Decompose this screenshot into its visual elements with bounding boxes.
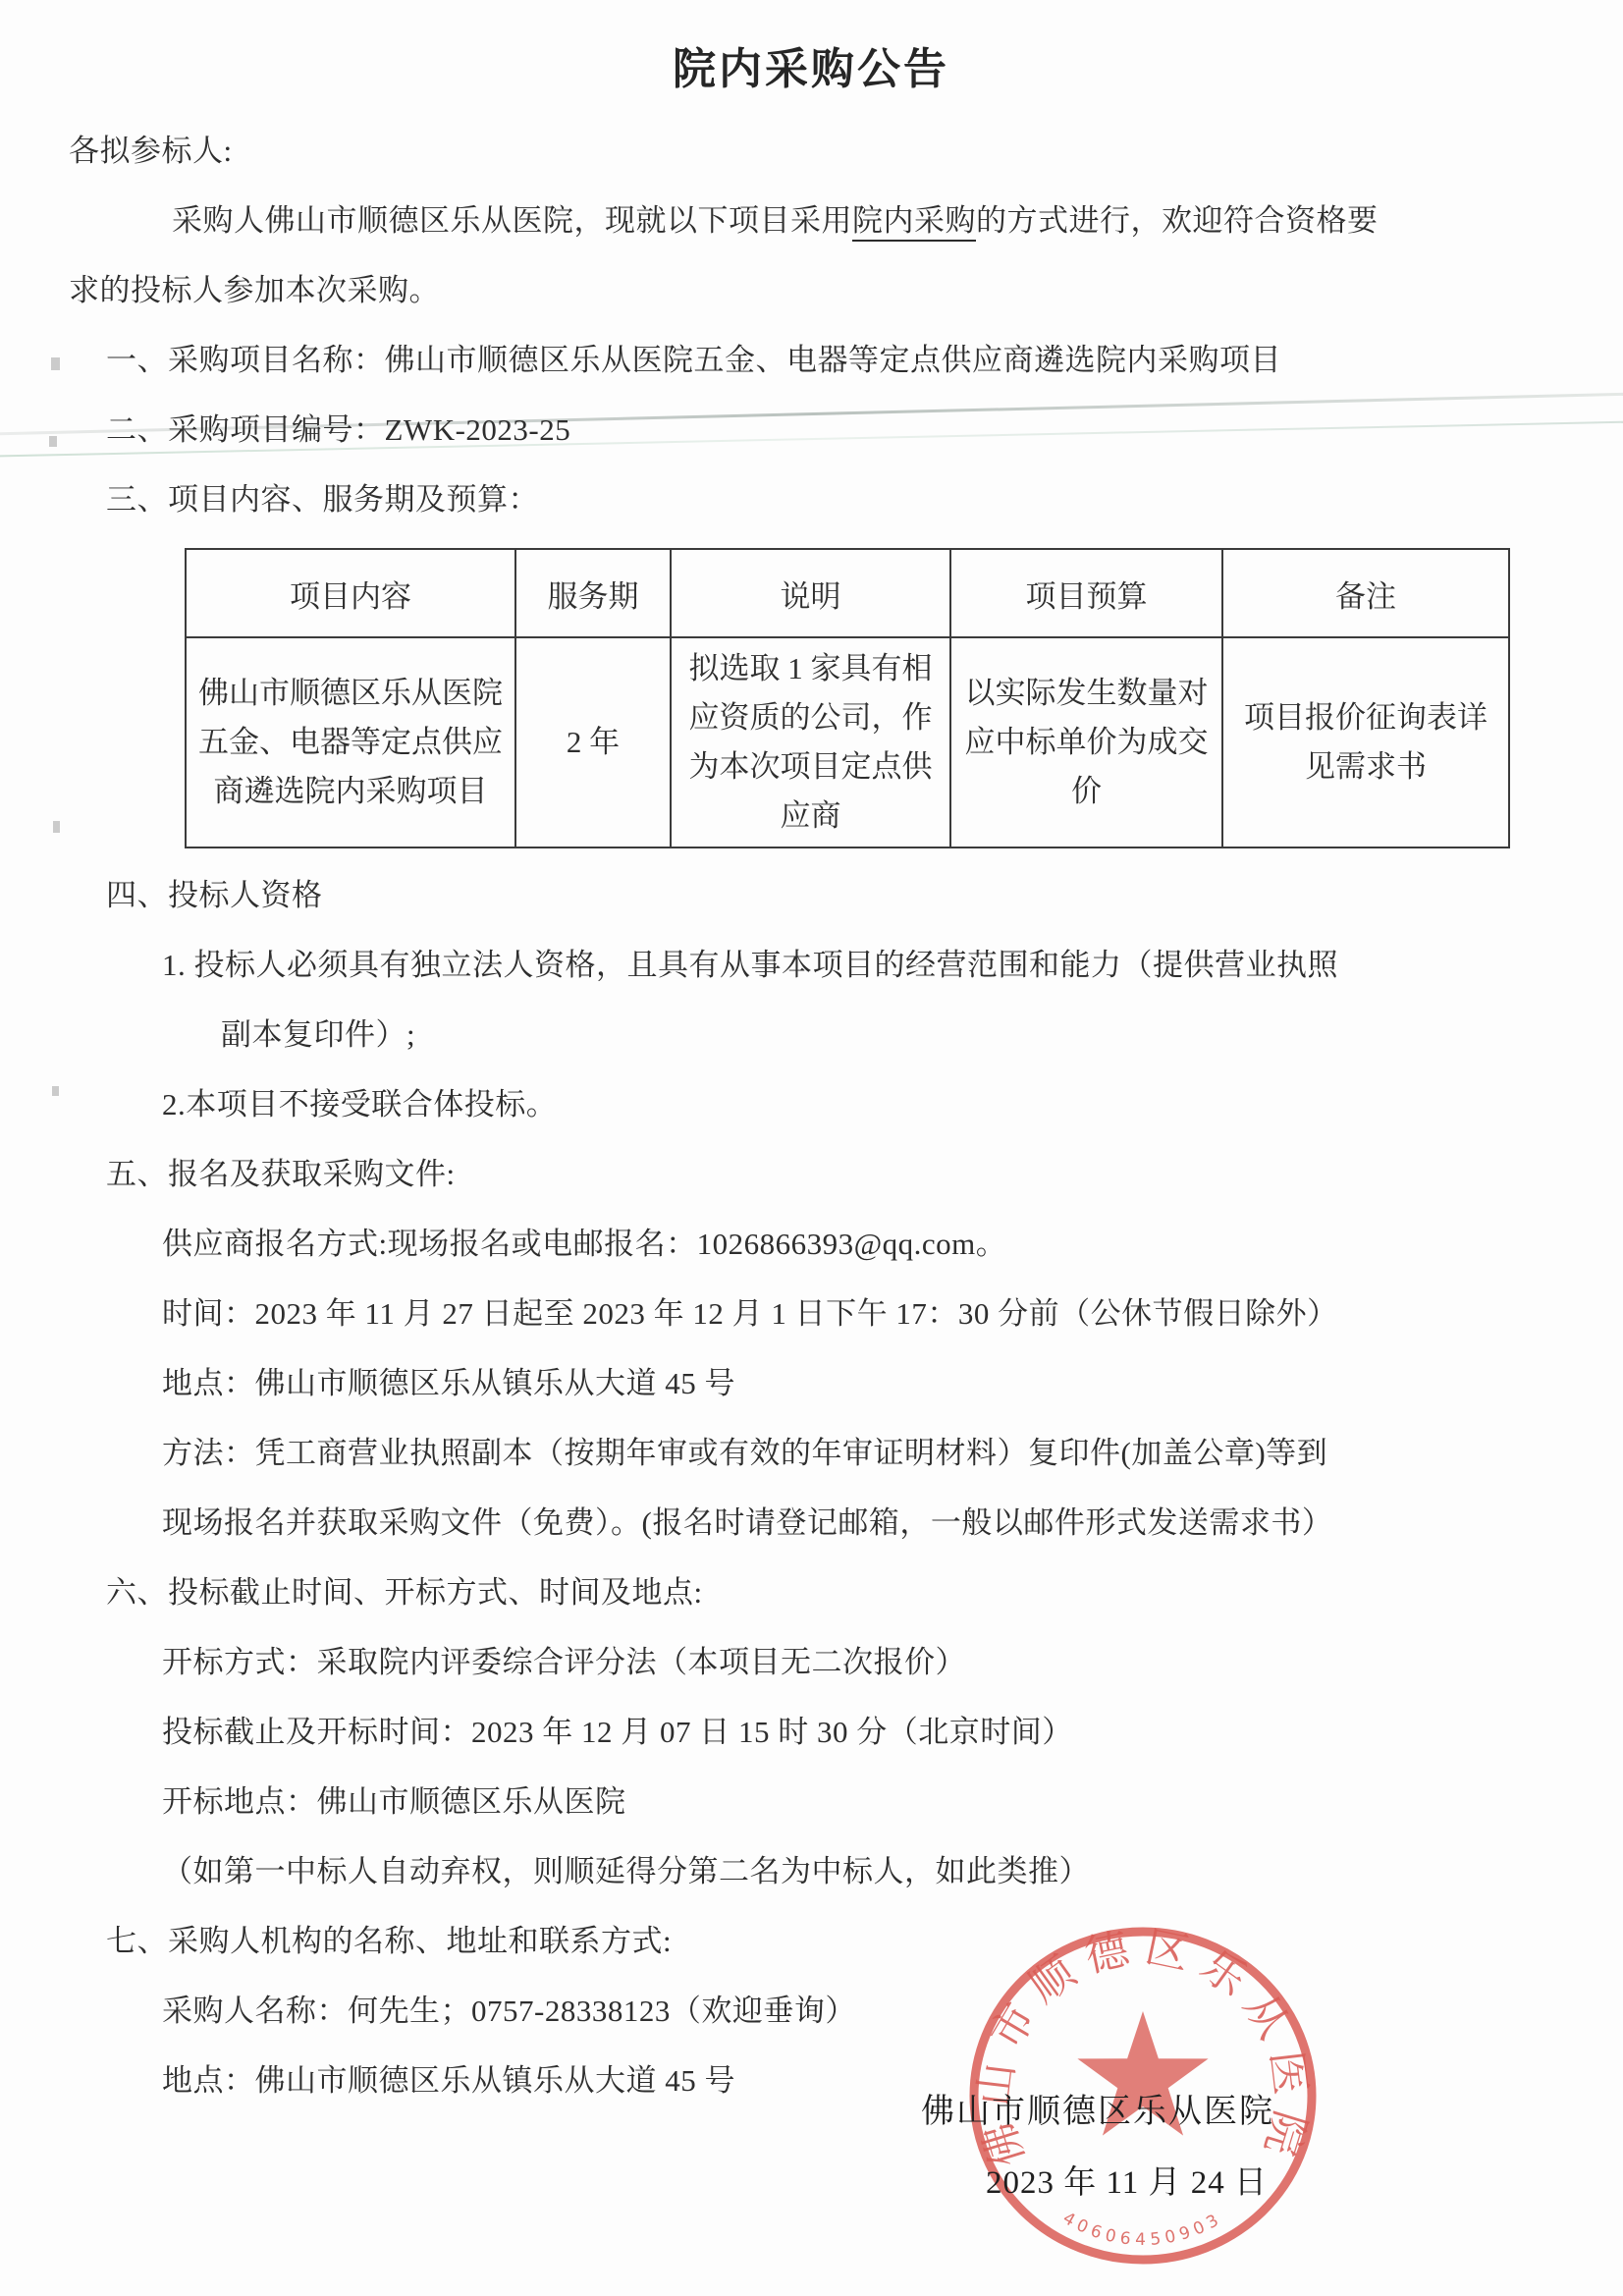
section-2-project-number: 二、采购项目编号：ZWK-2023-25 (69, 395, 1553, 465)
registration-how-line1: 方法：凭工商营业执照副本（按期年审或有效的年审证明材料）复印件(加盖公章)等到 (69, 1418, 1553, 1488)
section-1-project-name: 一、采购项目名称：佛山市顺德区乐从医院五金、电器等定点供应商遴选院内采购项目 (69, 325, 1553, 395)
col-header-description: 说明 (671, 549, 950, 637)
intro-paragraph-line2: 求的投标人参加本次采购。 (69, 255, 1553, 325)
registration-method-line: 供应商报名方式:现场报名或电邮报名：1026866393@qq.com。 (69, 1209, 1553, 1279)
purchaser-address-line: 地点：佛山市顺德区乐从镇乐从大道 45 号 (69, 2046, 1553, 2115)
cell-service-period: 2 年 (515, 637, 671, 847)
section-3-heading: 三、项目内容、服务期及预算： (69, 465, 1553, 534)
section-6-heading: 六、投标截止时间、开标方式、时间及地点: (69, 1558, 1553, 1627)
qualification-2: 2.本项目不接受联合体投标。 (69, 1069, 1553, 1139)
bid-deadline-line: 投标截止及开标时间：2023 年 12 月 07 日 15 时 30 分（北京时… (69, 1697, 1553, 1767)
intro-text-underlined: 院内采购 (852, 203, 976, 242)
intro-text-pre: 采购人佛山市顺德区乐从医院，现就以下项目采用 (172, 203, 852, 238)
bid-opening-place-line: 开标地点：佛山市顺德区乐从医院 (69, 1767, 1553, 1836)
document-body: 院内采购公告 各拟参标人: 采购人佛山市顺德区乐从医院，现就以下项目采用院内采购… (69, 37, 1553, 2115)
col-header-service-period: 服务期 (515, 549, 671, 637)
scan-speck (53, 821, 60, 833)
cell-project-content: 佛山市顺德区乐从医院五金、电器等定点供应商遴选院内采购项目 (186, 637, 515, 847)
registration-place-line: 地点：佛山市顺德区乐从镇乐从大道 45 号 (69, 1348, 1553, 1418)
qualification-1-line1: 1. 投标人必须具有独立法人资格，且具有从事本项目的经营范围和能力（提供营业执照 (69, 930, 1553, 1000)
scan-speck (49, 436, 57, 447)
waiver-note-line: （如第一中标人自动弃权，则顺延得分第二名为中标人，如此类推） (69, 1836, 1553, 1906)
registration-how-line2: 现场报名并获取采购文件（免费）。(报名时请登记邮箱，一般以邮件形式发送需求书） (69, 1488, 1553, 1558)
cell-description: 拟选取 1 家具有相应资质的公司，作为本次项目定点供应商 (671, 637, 950, 847)
section-5-heading: 五、报名及获取采购文件: (69, 1139, 1553, 1209)
scanned-document-page: 院内采购公告 各拟参标人: 采购人佛山市顺德区乐从医院，现就以下项目采用院内采购… (0, 0, 1623, 2296)
qualification-1-line2: 副本复印件）; (69, 1000, 1553, 1069)
project-info-table: 项目内容 服务期 说明 项目预算 备注 佛山市顺德区乐从医院五金、电器等定点供应… (185, 548, 1510, 848)
bid-opening-method-line: 开标方式：采取院内评委综合评分法（本项目无二次报价） (69, 1627, 1553, 1697)
scan-speck (52, 1086, 59, 1096)
signature-organization: 佛山市顺德区乐从医院 (921, 2084, 1274, 2132)
cell-remarks: 项目报价征询表详见需求书 (1222, 637, 1509, 847)
registration-time-line: 时间：2023 年 11 月 27 日起至 2023 年 12 月 1 日下午 … (69, 1279, 1553, 1348)
signature-date: 2023 年 11 月 24 日 (986, 2157, 1268, 2203)
salutation-line: 各拟参标人: (69, 116, 1553, 186)
intro-paragraph-line1: 采购人佛山市顺德区乐从医院，现就以下项目采用院内采购的方式进行，欢迎符合资格要 (69, 186, 1553, 255)
col-header-remarks: 备注 (1222, 549, 1509, 637)
scan-speck (51, 357, 60, 370)
col-header-budget: 项目预算 (950, 549, 1222, 637)
intro-text-post: 的方式进行，欢迎符合资格要 (976, 203, 1379, 238)
page-title: 院内采购公告 (69, 37, 1553, 102)
table-row: 佛山市顺德区乐从医院五金、电器等定点供应商遴选院内采购项目 2 年 拟选取 1 … (186, 637, 1509, 847)
table-header-row: 项目内容 服务期 说明 项目预算 备注 (186, 549, 1509, 637)
cell-budget: 以实际发生数量对应中标单价为成交价 (950, 637, 1222, 847)
section-4-heading: 四、投标人资格 (69, 860, 1553, 930)
purchaser-contact-line: 采购人名称：何先生；0757-28338123（欢迎垂询） (69, 1976, 1553, 2046)
col-header-project-content: 项目内容 (186, 549, 515, 637)
section-7-heading: 七、采购人机构的名称、地址和联系方式: (69, 1906, 1553, 1976)
